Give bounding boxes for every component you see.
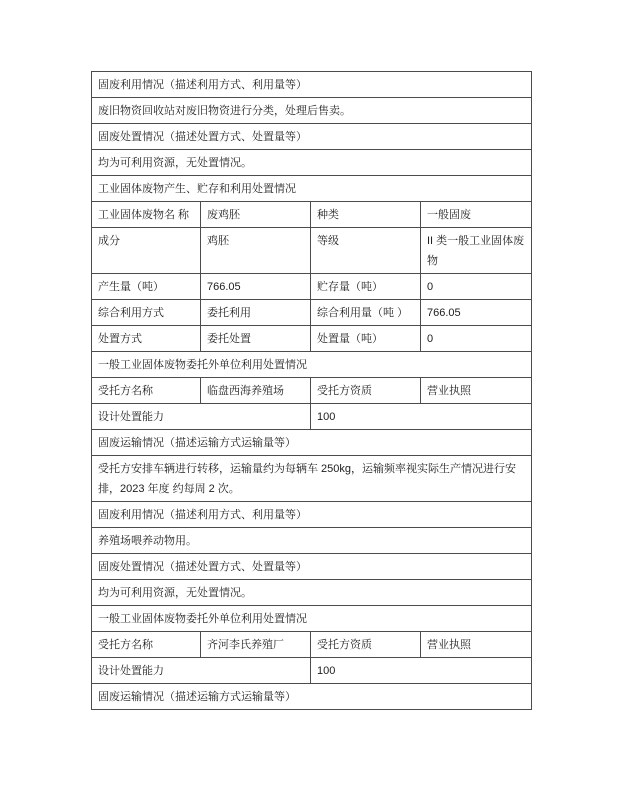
- field-label-cell: 等级: [311, 228, 421, 274]
- table-row-section-value: 均为可利用资源，无处置情况。: [92, 580, 532, 606]
- section-value-cell: 废旧物资回收站对废旧物资进行分类，处理后售卖。: [92, 98, 532, 124]
- field-label-cell: 受托方资质: [311, 632, 421, 658]
- section-value-cell: 均为可利用资源，无处置情况。: [92, 150, 532, 176]
- section-label-cell: 固废处置情况（描述处置方式、处置量等）: [92, 554, 532, 580]
- document-page: 固废利用情况（描述利用方式、利用量等）废旧物资回收站对废旧物资进行分类，处理后售…: [0, 0, 618, 800]
- table-row-field-row: 设计处置能力100: [92, 404, 532, 430]
- section-label-cell: 固废处置情况（描述处置方式、处置量等）: [92, 124, 532, 150]
- field-label-cell: 受托方名称: [92, 632, 201, 658]
- field-value-cell: 0: [421, 274, 532, 300]
- solid-waste-disclosure-table: 固废利用情况（描述利用方式、利用量等）废旧物资回收站对废旧物资进行分类，处理后售…: [91, 71, 532, 710]
- field-label-cell: 处置量（吨）: [311, 326, 421, 352]
- field-label-cell: 产生量（吨）: [92, 274, 201, 300]
- field-label-cell: 综合利用方式: [92, 300, 201, 326]
- table-row-section-value: 受托方安排车辆进行转移，运输量约为每辆车 250kg，运输频率视实际生产情况进行…: [92, 456, 532, 502]
- section-label-cell: 固废运输情况（描述运输方式运输量等）: [92, 430, 532, 456]
- field-value-cell: II 类一般工业固体废物: [421, 228, 532, 274]
- field-value-cell: 一般固废: [421, 202, 532, 228]
- field-value-cell: 营业执照: [421, 632, 532, 658]
- table-row-section-value: 废旧物资回收站对废旧物资进行分类，处理后售卖。: [92, 98, 532, 124]
- section-label-cell: 固废利用情况（描述利用方式、利用量等）: [92, 72, 532, 98]
- field-label-cell: 设计处置能力: [92, 404, 311, 430]
- table-row-field-row: 产生量（吨）766.05贮存量（吨）0: [92, 274, 532, 300]
- table-row-section-label: 固废运输情况（描述运输方式运输量等）: [92, 430, 532, 456]
- table-row-section-value: 养殖场喂养动物用。: [92, 528, 532, 554]
- table-row-section-label: 固废利用情况（描述利用方式、利用量等）: [92, 502, 532, 528]
- field-value-cell: 100: [311, 404, 532, 430]
- section-value-cell: 均为可利用资源，无处置情况。: [92, 580, 532, 606]
- section-header-cell: 工业固体废物产生、贮存和利用处置情况: [92, 176, 532, 202]
- table-row-section-label: 固废运输情况（描述运输方式运输量等）: [92, 684, 532, 710]
- table-row-section-header: 工业固体废物产生、贮存和利用处置情况: [92, 176, 532, 202]
- field-value-cell: 齐河李氏养殖厂: [201, 632, 311, 658]
- field-value-cell: 营业执照: [421, 378, 532, 404]
- table-body: 固废利用情况（描述利用方式、利用量等）废旧物资回收站对废旧物资进行分类，处理后售…: [92, 72, 532, 710]
- table-row-field-row: 受托方名称临盘西海养殖场受托方资质营业执照: [92, 378, 532, 404]
- field-value-cell: 鸡胚: [201, 228, 311, 274]
- field-value-cell: 委托处置: [201, 326, 311, 352]
- table-row-section-label: 固废利用情况（描述利用方式、利用量等）: [92, 72, 532, 98]
- table-row-field-row: 受托方名称齐河李氏养殖厂受托方资质营业执照: [92, 632, 532, 658]
- section-value-cell: 养殖场喂养动物用。: [92, 528, 532, 554]
- field-value-cell: 766.05: [201, 274, 311, 300]
- field-label-cell: 受托方资质: [311, 378, 421, 404]
- table-row-section-label: 固废处置情况（描述处置方式、处置量等）: [92, 124, 532, 150]
- field-value-cell: 临盘西海养殖场: [201, 378, 311, 404]
- table-row-section-header: 一般工业固体废物委托外单位利用处置情况: [92, 606, 532, 632]
- field-label-cell: 设计处置能力: [92, 658, 311, 684]
- field-label-cell: 受托方名称: [92, 378, 201, 404]
- field-value-cell: 0: [421, 326, 532, 352]
- table-row-field-row: 综合利用方式委托利用综合利用量（吨 ）766.05: [92, 300, 532, 326]
- section-value-cell: 受托方安排车辆进行转移，运输量约为每辆车 250kg，运输频率视实际生产情况进行…: [92, 456, 532, 502]
- field-label-cell: 贮存量（吨）: [311, 274, 421, 300]
- section-header-cell: 一般工业固体废物委托外单位利用处置情况: [92, 606, 532, 632]
- field-label-cell: 综合利用量（吨 ）: [311, 300, 421, 326]
- field-value-cell: 废鸡胚: [201, 202, 311, 228]
- table-row-section-header: 一般工业固体废物委托外单位利用处置情况: [92, 352, 532, 378]
- section-label-cell: 固废利用情况（描述利用方式、利用量等）: [92, 502, 532, 528]
- field-label-cell: 处置方式: [92, 326, 201, 352]
- table-row-section-label: 固废处置情况（描述处置方式、处置量等）: [92, 554, 532, 580]
- table-row-field-row: 成分鸡胚等级II 类一般工业固体废物: [92, 228, 532, 274]
- table-row-field-row: 工业固体废物名 称废鸡胚种类一般固废: [92, 202, 532, 228]
- field-label-cell: 工业固体废物名 称: [92, 202, 201, 228]
- field-value-cell: 100: [311, 658, 532, 684]
- table-row-field-row: 设计处置能力100: [92, 658, 532, 684]
- field-label-cell: 成分: [92, 228, 201, 274]
- field-value-cell: 766.05: [421, 300, 532, 326]
- section-label-cell: 固废运输情况（描述运输方式运输量等）: [92, 684, 532, 710]
- section-header-cell: 一般工业固体废物委托外单位利用处置情况: [92, 352, 532, 378]
- table-row-section-value: 均为可利用资源，无处置情况。: [92, 150, 532, 176]
- table-row-field-row: 处置方式委托处置处置量（吨）0: [92, 326, 532, 352]
- field-value-cell: 委托利用: [201, 300, 311, 326]
- field-label-cell: 种类: [311, 202, 421, 228]
